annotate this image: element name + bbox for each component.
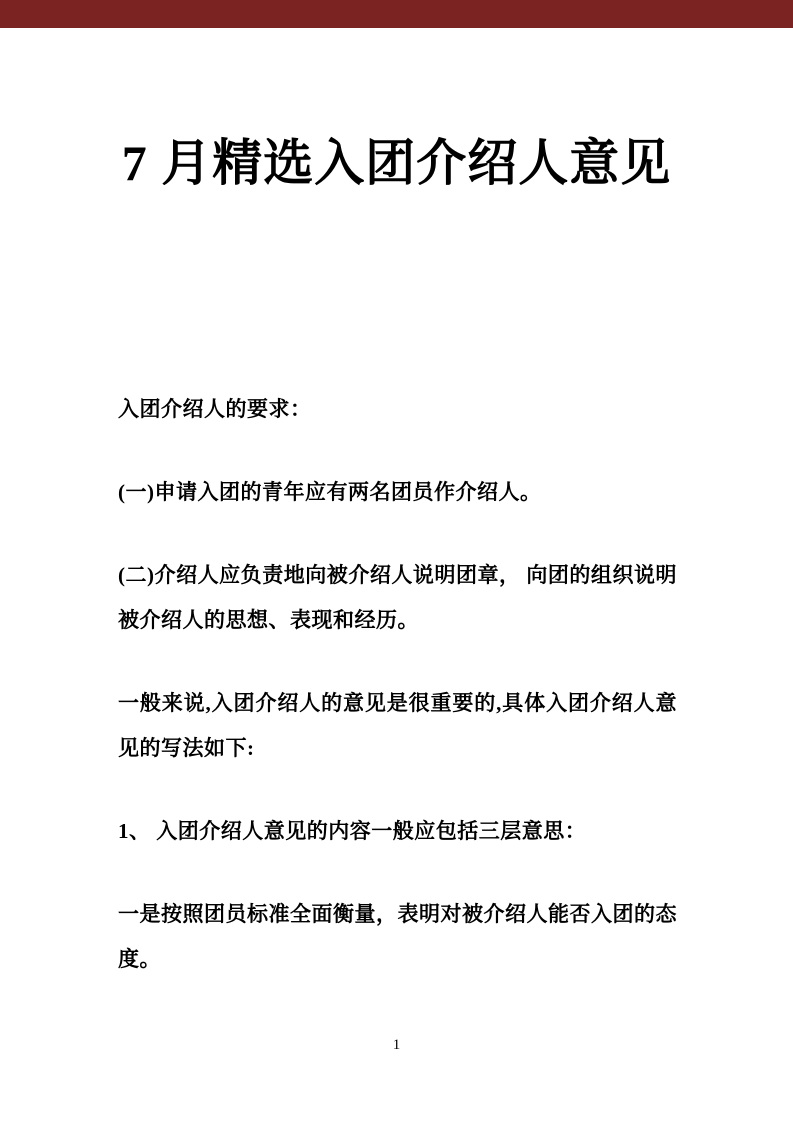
- top-accent-bar: [0, 0, 793, 28]
- paragraph-rule-one: (一)申请入团的青年应有两名团员作介绍人。: [118, 470, 677, 515]
- document-page: 7 月精选入团介绍人意见 入团介绍人的要求： (一)申请入团的青年应有两名团员作…: [0, 0, 793, 1122]
- document-body: 入团介绍人的要求： (一)申请入团的青年应有两名团员作介绍人。 (二)介绍人应负…: [118, 387, 677, 1020]
- paragraph-general-note: 一般来说,入团介绍人的意见是很重要的,具体入团介绍人意见的写法如下:: [118, 681, 677, 771]
- paragraph-rule-two: (二)介绍人应负责地向被介绍人说明团章， 向团的组织说明被介绍人的思想、表现和经…: [118, 553, 677, 643]
- document-title: 7 月精选入团介绍人意见: [0, 130, 793, 196]
- paragraph-intro-requirements: 入团介绍人的要求：: [118, 387, 677, 432]
- page-number: 1: [0, 1034, 793, 1056]
- paragraph-first-point: 一是按照团员标准全面衡量，表明对被介绍人能否入团的态度。: [118, 892, 677, 982]
- paragraph-item-1-heading: 1、 入团介绍人意见的内容一般应包括三层意思：: [118, 809, 677, 854]
